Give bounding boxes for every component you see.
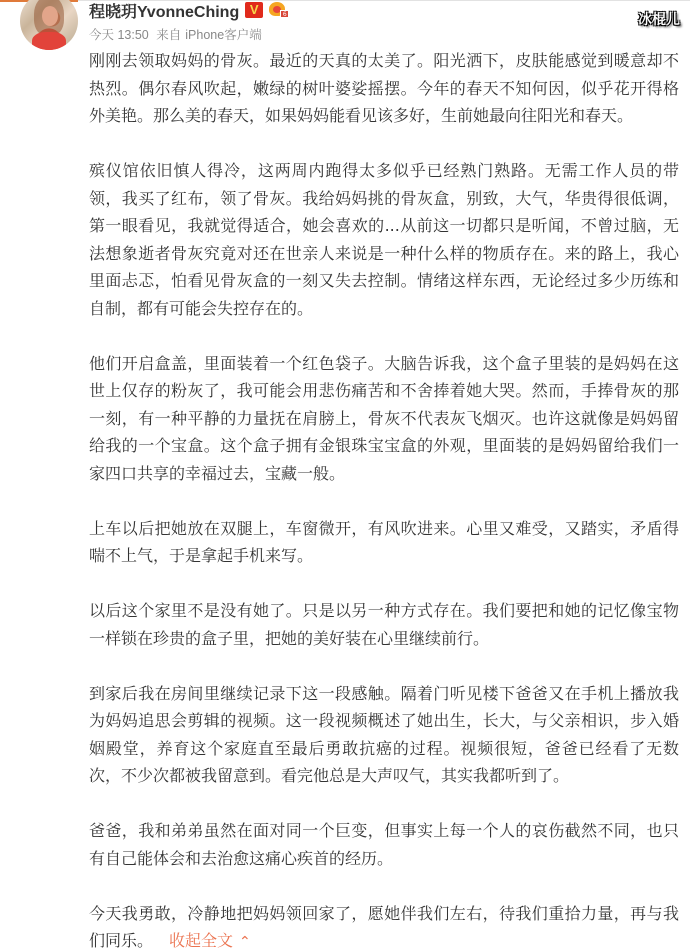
post-time[interactable]: 今天 13:50 xyxy=(89,28,149,42)
author-row: 程晓玥YvonneChing V 6 xyxy=(89,0,289,20)
paragraph: 以后这个家里不是没有她了。只是以另一种方式存在。我们要把和她的记忆像宝物一样锁在… xyxy=(89,597,679,652)
author-name[interactable]: 程晓玥YvonneChing xyxy=(89,0,239,22)
verified-v-icon[interactable]: V xyxy=(245,2,263,18)
paragraph: 上车以后把她放在双腿上，车窗微开，有风吹进来。心里又难受，又踏实，矛盾得喘不上气… xyxy=(89,515,679,570)
post-content: 刚刚去领取妈妈的骨灰。最近的天真的太美了。阳光洒下，皮肤能感觉到暖意却不热烈。偶… xyxy=(89,47,679,951)
paragraph: 殡仪馆依旧慎人得冷，这两周内跑得太多似乎已经熟门熟路。无需工作人员的带领，我买了… xyxy=(89,157,679,322)
collapse-label: 收起全文 xyxy=(169,931,233,950)
paragraph: 到家后我在房间里继续记录下这一段感触。隔着门听见楼下爸爸又在手机上播放我为妈妈追… xyxy=(89,680,679,790)
last-paragraph: 今天我勇敢，冷静地把妈妈领回家了，愿她伴我们左右，待我们重拾力量，再与我们同乐。… xyxy=(89,900,679,951)
member-crown-icon[interactable]: 6 xyxy=(269,2,289,18)
member-level: 6 xyxy=(280,10,289,18)
paragraph: 刚刚去领取妈妈的骨灰。最近的天真的太美了。阳光洒下，皮肤能感觉到暖意却不热烈。偶… xyxy=(89,47,679,130)
post-header: 程晓玥YvonneChing V 6 今天 13:50 来自iPhone客户端 xyxy=(89,0,289,43)
avatar-face xyxy=(42,6,58,26)
paragraph: 爸爸，我和弟弟虽然在面对同一个巨变，但事实上每一个人的哀伤截然不同，也只有自己能… xyxy=(89,817,679,872)
watermark: 冰棍儿 xyxy=(638,9,680,29)
avatar[interactable] xyxy=(20,0,78,50)
paragraph: 他们开启盒盖，里面装着一个红色袋子。大脑告诉我，这个盒子里装的是妈妈在这世上仅存… xyxy=(89,350,679,488)
chevron-up-icon: ⌃ xyxy=(239,934,251,950)
weibo-post: 程晓玥YvonneChing V 6 今天 13:50 来自iPhone客户端 … xyxy=(0,0,690,951)
avatar-dress xyxy=(32,32,66,50)
post-meta: 今天 13:50 来自iPhone客户端 xyxy=(89,25,289,43)
source-prefix: 来自 xyxy=(156,28,181,42)
post-source: iPhone客户端 xyxy=(185,28,261,42)
collapse-full-text-link[interactable]: 收起全文⌃ xyxy=(169,931,251,950)
